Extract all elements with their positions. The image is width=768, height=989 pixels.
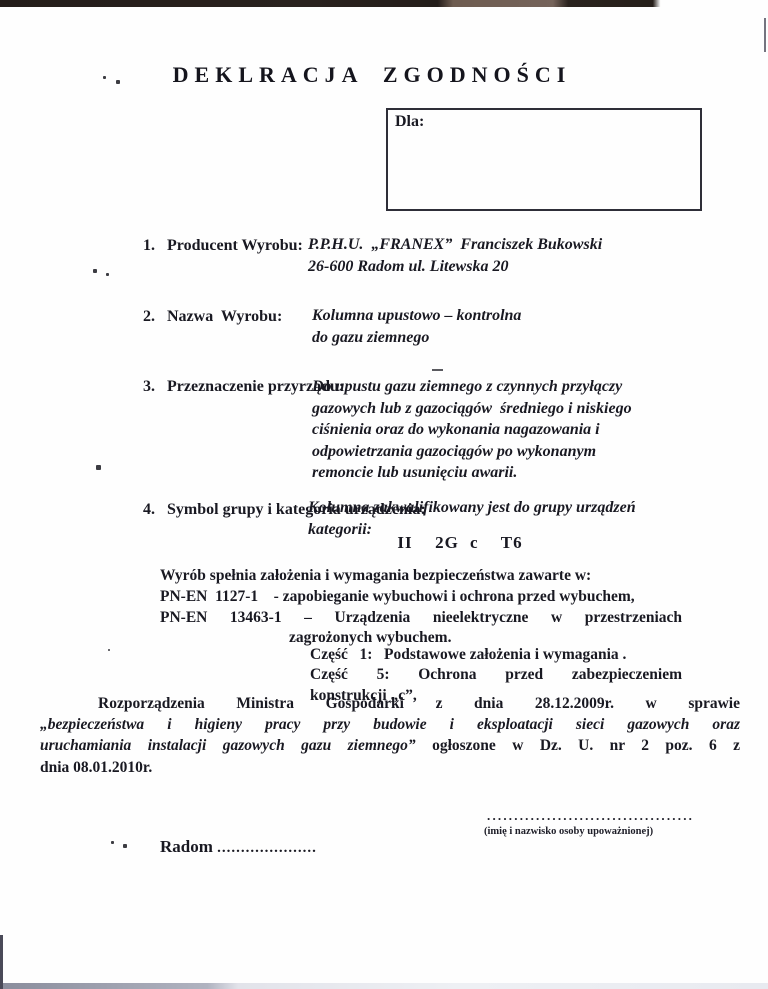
item-1-value-line: 26-600 Radom ul. Litewska 20 bbox=[308, 256, 602, 278]
regulation-paragraph: Rozporządzenia Ministra Gospodarki z dni… bbox=[40, 693, 740, 778]
regulation-line: dnia 08.01.2010r. bbox=[40, 757, 740, 778]
scan-speck bbox=[108, 649, 110, 651]
item-2-label: 2.Nazwa Wyrobu: bbox=[127, 290, 282, 344]
regulation-line: „bezpieczeństwa i higieny pracy przy bud… bbox=[40, 714, 740, 735]
regulation-line: uruchamiania instalacji gazowych gazu zi… bbox=[40, 735, 740, 756]
scan-speck bbox=[432, 369, 443, 371]
scan-artifact-bottom-edge bbox=[0, 983, 768, 989]
standard-pn-en-13463: PN-EN 13463-1 – Urządzenia nieelektryczn… bbox=[160, 609, 682, 627]
place-dotted-fill: ..................... bbox=[217, 840, 317, 856]
scanned-document: DEKLRACJA ZGODNOŚCI Dla: 1.Producent Wyr… bbox=[0, 0, 768, 989]
item-3-value-line: ciśnienia oraz do wykonania nagazowania … bbox=[312, 419, 632, 441]
item-2-value-line: do gazu ziemnego bbox=[312, 327, 521, 349]
regulation-line-italic: uruchamiania instalacji gazowych gazu zi… bbox=[40, 737, 416, 754]
signature-caption: (imię i nazwisko osoby upoważnionej) bbox=[484, 826, 653, 837]
item-1-label-text: Producent Wyrobu: bbox=[167, 237, 303, 254]
item-1-value-line: P.P.H.U. „FRANEX” Franciszek Bukowski bbox=[308, 234, 602, 256]
scan-artifact-left-edge bbox=[0, 935, 3, 989]
scan-artifact-right-edge bbox=[764, 18, 766, 52]
standards-intro: Wyrób spełnia założenia i wymagania bezp… bbox=[160, 567, 591, 585]
scan-speck bbox=[96, 465, 101, 470]
item-3-value-line: gazowych lub z gazociągów średniego i ni… bbox=[312, 398, 632, 420]
item-1-number: 1. bbox=[143, 237, 167, 255]
standard-part-5: Część 5: Ochrona przed zabezpieczeniem bbox=[310, 666, 682, 684]
place-label: Radom bbox=[160, 837, 217, 856]
document-title: DEKLRACJA ZGODNOŚCI bbox=[0, 62, 744, 88]
item-2-label-text: Nazwa Wyrobu: bbox=[167, 308, 282, 325]
item-2-number: 2. bbox=[143, 308, 167, 326]
standard-pn-en-13463-cont: zagrożonych wybuchem. bbox=[289, 629, 451, 647]
scan-speck bbox=[106, 273, 109, 276]
item-3-number: 3. bbox=[143, 378, 167, 396]
item-3-value-line: remoncie lub usunięciu awarii. bbox=[312, 462, 632, 484]
regulation-line-rest: ogłoszone w Dz. U. nr 2 poz. 6 z bbox=[416, 737, 740, 754]
item-1-label: 1.Producent Wyrobu: bbox=[127, 219, 303, 273]
scan-artifact-top-edge bbox=[0, 0, 768, 7]
item-1-value: P.P.H.U. „FRANEX” Franciszek Bukowski 26… bbox=[308, 234, 602, 277]
recipient-box-label: Dla: bbox=[388, 110, 431, 134]
item-3-value-line: Do upustu gazu ziemnego z czynnych przył… bbox=[312, 376, 632, 398]
standard-part-1: Część 1: Podstawowe założenia i wymagani… bbox=[310, 646, 626, 664]
standard-pn-en-1127: PN-EN 1127-1 - zapobieganie wybuchowi i … bbox=[160, 588, 635, 606]
signature-dotted-line: ...................................... bbox=[487, 808, 694, 824]
place-and-date-line: Radom ..................... bbox=[160, 837, 317, 857]
device-category-code: II 2G c T6 bbox=[300, 533, 620, 553]
item-3-value-line: odpowietrzania gazociągów po wykonanym bbox=[312, 441, 632, 463]
item-4-value-line: Kolumna zakwalifikowany jest do grupy ur… bbox=[308, 497, 636, 519]
recipient-box: Dla: bbox=[386, 108, 702, 211]
regulation-line: Rozporządzenia Ministra Gospodarki z dni… bbox=[98, 693, 740, 714]
item-2-value: Kolumna upustowo – kontrolna do gazu zie… bbox=[312, 305, 521, 348]
item-4-number: 4. bbox=[143, 501, 167, 519]
scan-speck bbox=[111, 841, 114, 844]
item-2-value-line: Kolumna upustowo – kontrolna bbox=[312, 305, 521, 327]
scan-speck bbox=[93, 269, 97, 273]
item-3-value: Do upustu gazu ziemnego z czynnych przył… bbox=[312, 376, 632, 484]
scan-speck bbox=[123, 844, 127, 848]
